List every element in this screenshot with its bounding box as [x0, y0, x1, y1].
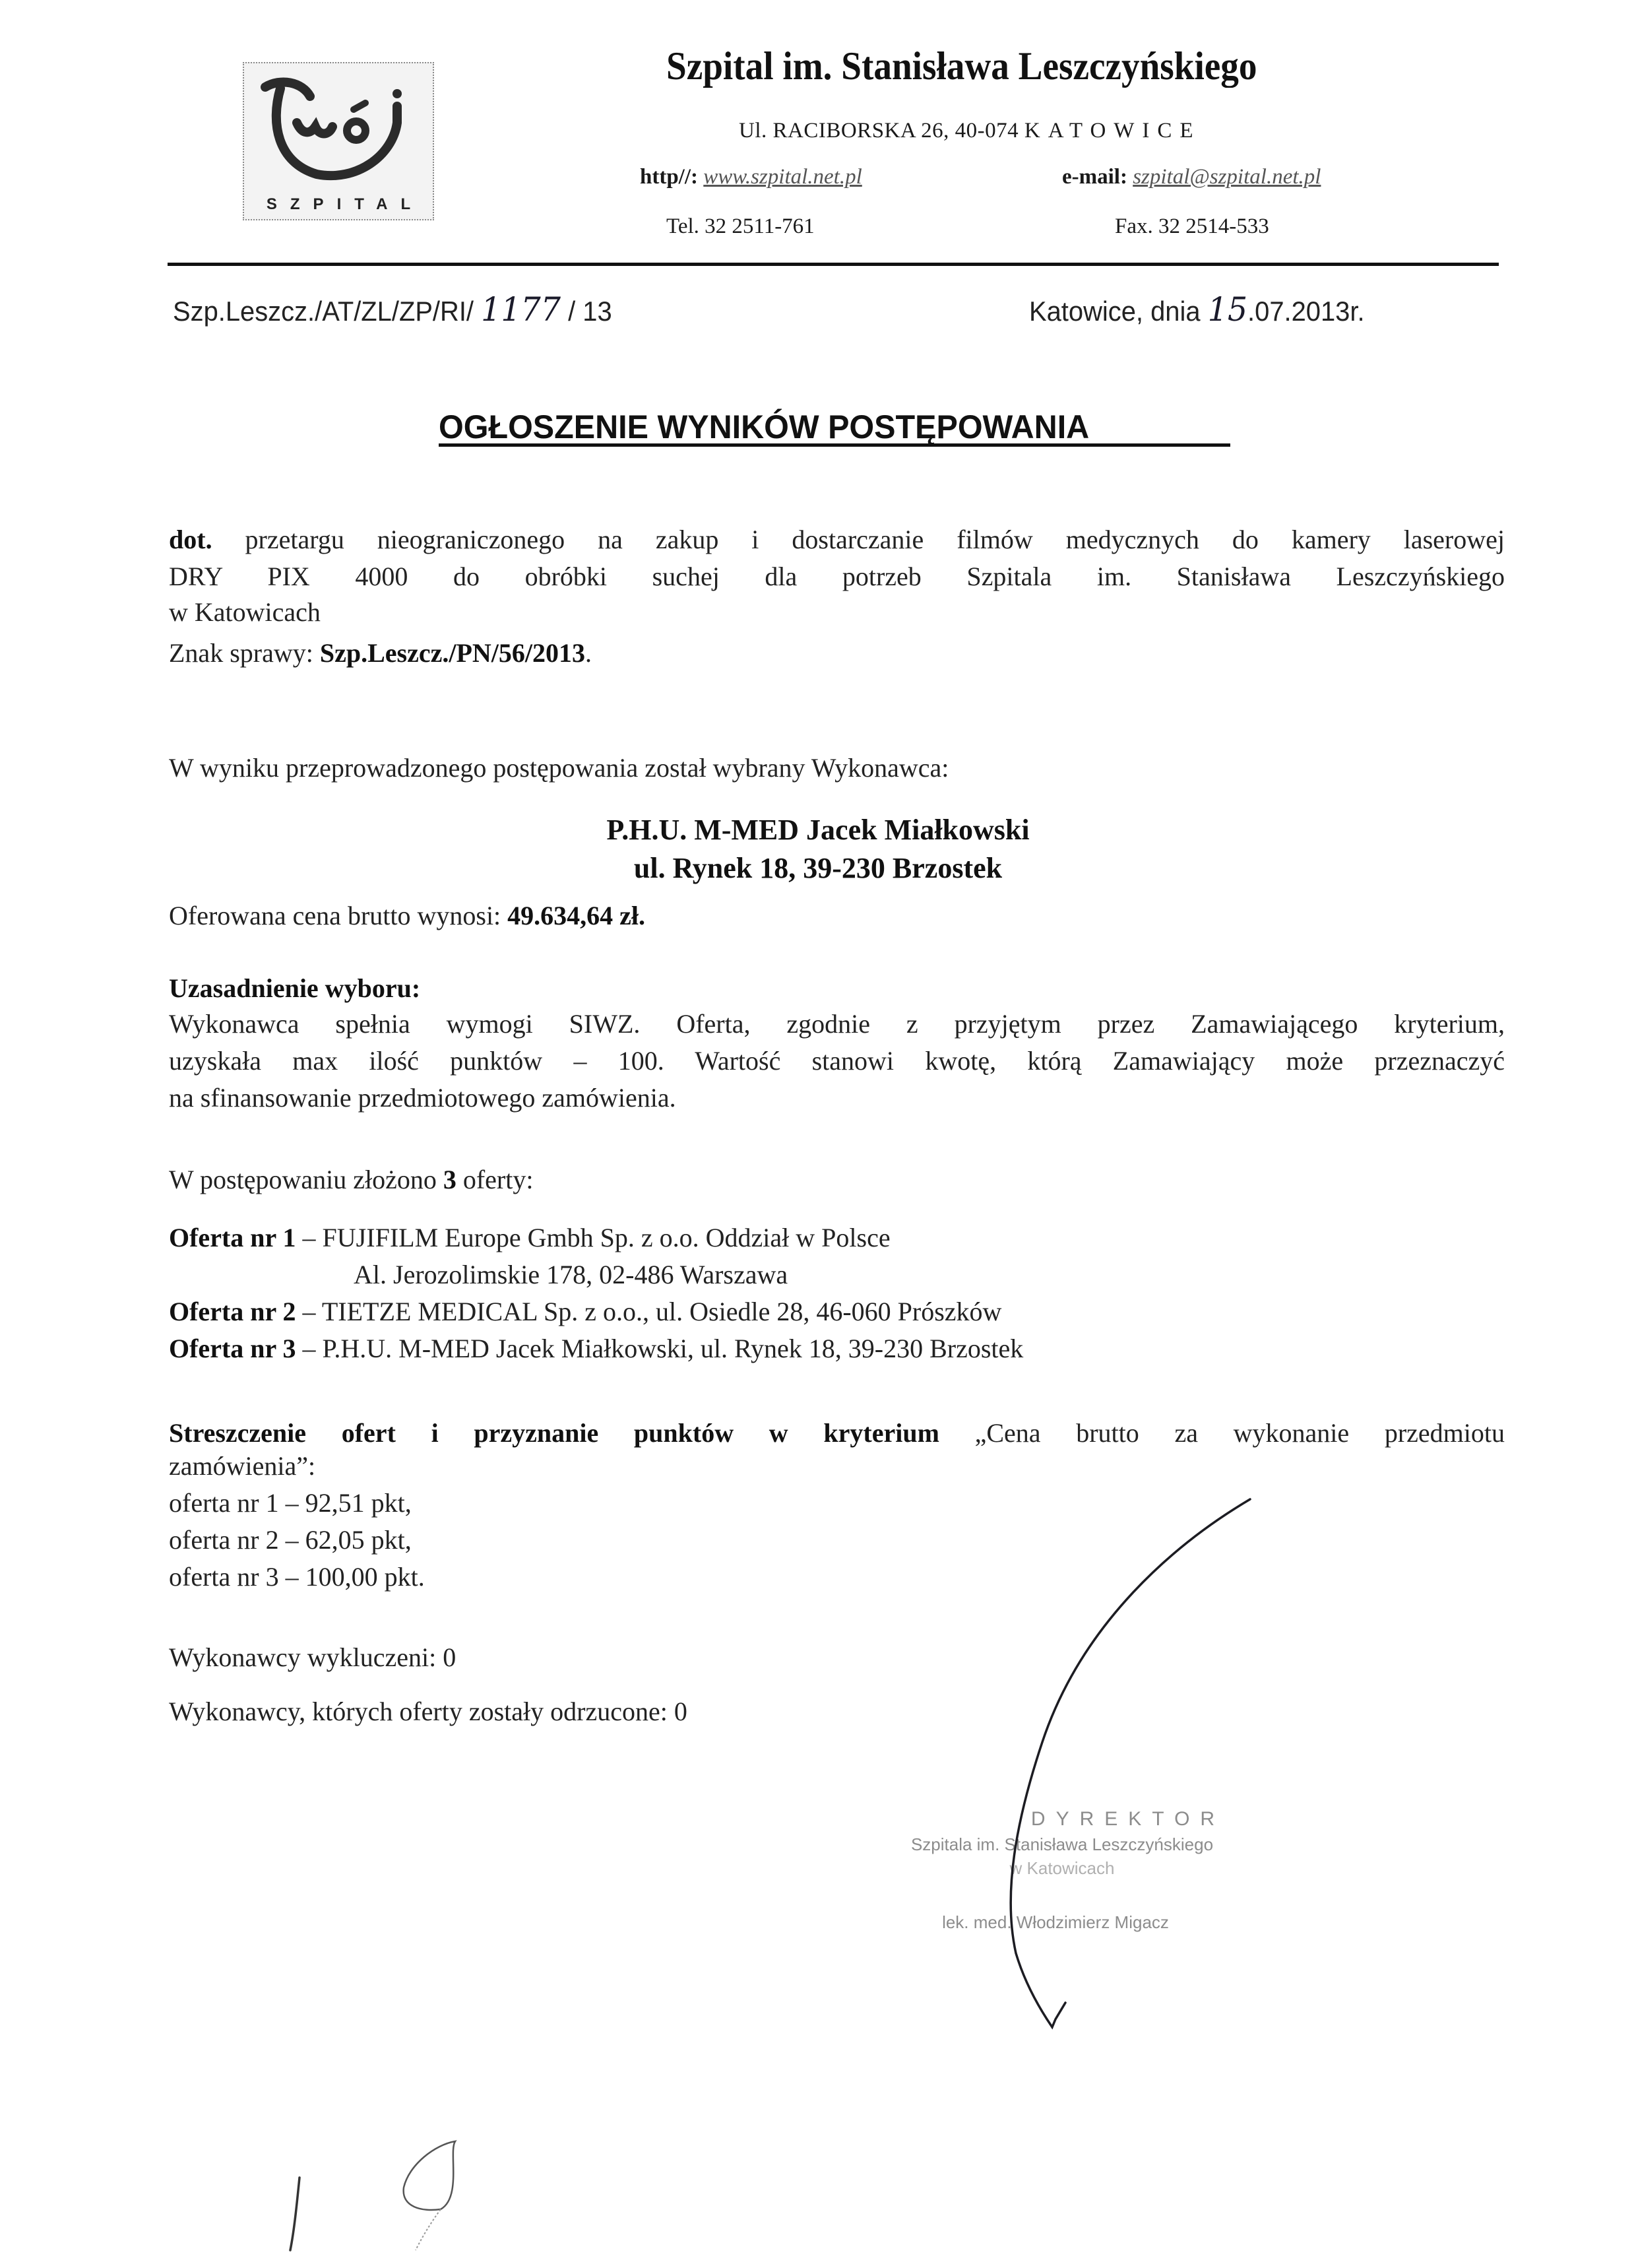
justification-line-3: na sfinansowanie przedmiotowego zamówien…: [169, 1082, 676, 1113]
excluded-value: 0: [443, 1642, 456, 1672]
handwritten-page-number-icon: [0, 0, 1636, 2268]
justification-line-2: uzyskała max ilość punktów – 100. Wartoś…: [169, 1047, 1505, 1076]
score-label: oferta nr 2 –: [169, 1525, 305, 1555]
stamp-signatory: lek. med. Włodzimierz Migacz: [877, 1912, 1234, 1933]
fax-number: Fax. 32 2514-533: [1115, 214, 1269, 239]
result-intro: W wyniku przeprowadzonego postępowania z…: [169, 752, 949, 783]
score-points: 100,00 pkt.: [305, 1562, 425, 1592]
stamp-title: DYREKTOR: [957, 1808, 1300, 1831]
title-underline: [439, 443, 1230, 447]
reference-number: Szp.Leszcz./AT/ZL/ZP/RI/ 1177 / 13: [173, 290, 612, 329]
scoring-heading-bold: Streszczenie ofert i przyznanie punktów …: [169, 1418, 975, 1448]
winner-name: P.H.U. M-MED Jacek Miałkowski: [0, 813, 1636, 847]
subject-line-1: dot. przetargu nieograniczonego na zakup…: [169, 525, 1505, 554]
stamp-hospital: Szpitala im. Stanisława Leszczyńskiego: [858, 1834, 1267, 1855]
email-link[interactable]: szpital@szpital.net.pl: [1133, 165, 1321, 189]
excluded-line: Wykonawcy wykluczeni: 0: [169, 1642, 456, 1673]
rejected-label: Wykonawcy, których oferty zostały odrzuc…: [169, 1697, 674, 1726]
reference-handwritten-number: 1177: [481, 290, 561, 329]
offers-count: 3: [443, 1165, 456, 1194]
offer-text: – TIETZE MEDICAL Sp. z o.o., ul. Osiedle…: [296, 1297, 1002, 1326]
case-end: .: [585, 638, 592, 668]
offers-count-suffix: oferty:: [456, 1165, 534, 1194]
score-row-1: oferta nr 1 – 92,51 pkt,: [169, 1487, 412, 1518]
date-prefix: Katowice, dnia: [1029, 296, 1208, 327]
case-number-line: Znak sprawy: Szp.Leszcz./PN/56/2013.: [169, 637, 592, 668]
subject-line-2: DRY PIX 4000 do obróbki suchej dla potrz…: [169, 562, 1505, 591]
offer-item-1-address: Al. Jerozolimskie 178, 02-486 Warszawa: [354, 1259, 788, 1290]
subject-line-3: w Katowicach: [169, 597, 321, 628]
phone-number: Tel. 32 2511-761: [666, 214, 815, 239]
scoring-heading: Streszczenie ofert i przyznanie punktów …: [169, 1419, 1505, 1448]
winner-address: ul. Rynek 18, 39-230 Brzostek: [0, 851, 1636, 885]
document-title: OGŁOSZENIE WYNIKÓW POSTĘPOWANIA: [439, 408, 1089, 446]
score-row-2: oferta nr 2 – 62,05 pkt,: [169, 1524, 412, 1555]
score-points: 62,05 pkt,: [305, 1525, 412, 1555]
email-label: e-mail:: [1062, 165, 1127, 189]
reference-suffix: / 13: [568, 296, 612, 327]
rejected-line: Wykonawcy, których oferty zostały odrzuc…: [169, 1696, 687, 1727]
offer-label: Oferta nr 2: [169, 1297, 296, 1326]
offer-item-2: Oferta nr 2 – TIETZE MEDICAL Sp. z o.o.,…: [169, 1296, 1001, 1327]
address-city: KATOWICE: [1024, 119, 1201, 143]
offer-text: – FUJIFILM Europe Gmbh Sp. z o.o. Oddzia…: [296, 1223, 891, 1252]
price-line: Oferowana cena brutto wynosi: 49.634,64 …: [169, 900, 645, 931]
logo-wordmark: SZPITAL: [244, 195, 433, 214]
subject-lead: dot.: [169, 525, 212, 554]
website-row: http//: www.szpital.net.pl: [640, 165, 862, 189]
website-link[interactable]: www.szpital.net.pl: [703, 165, 862, 189]
justification-heading: Uzasadnienie wyboru:: [169, 973, 420, 1004]
case-label: Znak sprawy:: [169, 638, 320, 668]
document-date: Katowice, dnia 15.07.2013r.: [1029, 290, 1365, 329]
offer-label: Oferta nr 1: [169, 1223, 296, 1252]
score-row-3: oferta nr 3 – 100,00 pkt.: [169, 1561, 425, 1592]
hospital-name: Szpital im. Stanisława Leszczyńskiego: [666, 44, 1257, 89]
scoring-criterion-end: zamówienia”:: [169, 1450, 315, 1481]
justification-line-1: Wykonawca spełnia wymogi SIWZ. Oferta, z…: [169, 1010, 1505, 1039]
score-label: oferta nr 3 –: [169, 1562, 305, 1592]
reference-prefix: Szp.Leszcz./AT/ZL/ZP/RI/: [173, 296, 474, 327]
hospital-logo: SZPITAL: [243, 62, 434, 220]
scoring-criterion: „Cena brutto za wykonanie przedmiotu: [975, 1418, 1505, 1448]
date-suffix: .07.2013r.: [1247, 296, 1364, 327]
hospital-address: Ul. RACIBORSKA 26, 40-074 KATOWICE: [739, 119, 1201, 143]
letterhead-divider: [168, 263, 1499, 266]
offer-item-1: Oferta nr 1 – FUJIFILM Europe Gmbh Sp. z…: [169, 1222, 891, 1253]
price-value: 49.634,64 zł.: [507, 901, 645, 930]
offer-label: Oferta nr 3: [169, 1334, 296, 1363]
excluded-label: Wykonawcy wykluczeni:: [169, 1642, 443, 1672]
website-label: http//:: [640, 165, 698, 189]
offers-count-line: W postępowaniu złożono 3 oferty:: [169, 1164, 533, 1195]
price-label: Oferowana cena brutto wynosi:: [169, 901, 507, 930]
date-handwritten-day: 15: [1208, 290, 1247, 329]
stamp-city: w Katowicach: [957, 1858, 1168, 1879]
case-number: Szp.Leszcz./PN/56/2013: [320, 638, 585, 668]
offers-count-prefix: W postępowaniu złożono: [169, 1165, 443, 1194]
signature-icon: [0, 0, 1636, 2268]
address-street: Ul. RACIBORSKA 26, 40-074: [739, 119, 1019, 143]
email-row: e-mail: szpital@szpital.net.pl: [1062, 165, 1321, 189]
offer-text: – P.H.U. M-MED Jacek Miałkowski, ul. Ryn…: [296, 1334, 1024, 1363]
score-points: 92,51 pkt,: [305, 1488, 412, 1518]
offer-item-3: Oferta nr 3 – P.H.U. M-MED Jacek Miałkow…: [169, 1333, 1023, 1364]
score-label: oferta nr 1 –: [169, 1488, 305, 1518]
rejected-value: 0: [674, 1697, 687, 1726]
subject-text-1: przetargu nieograniczonego na zakup i do…: [212, 525, 1505, 554]
